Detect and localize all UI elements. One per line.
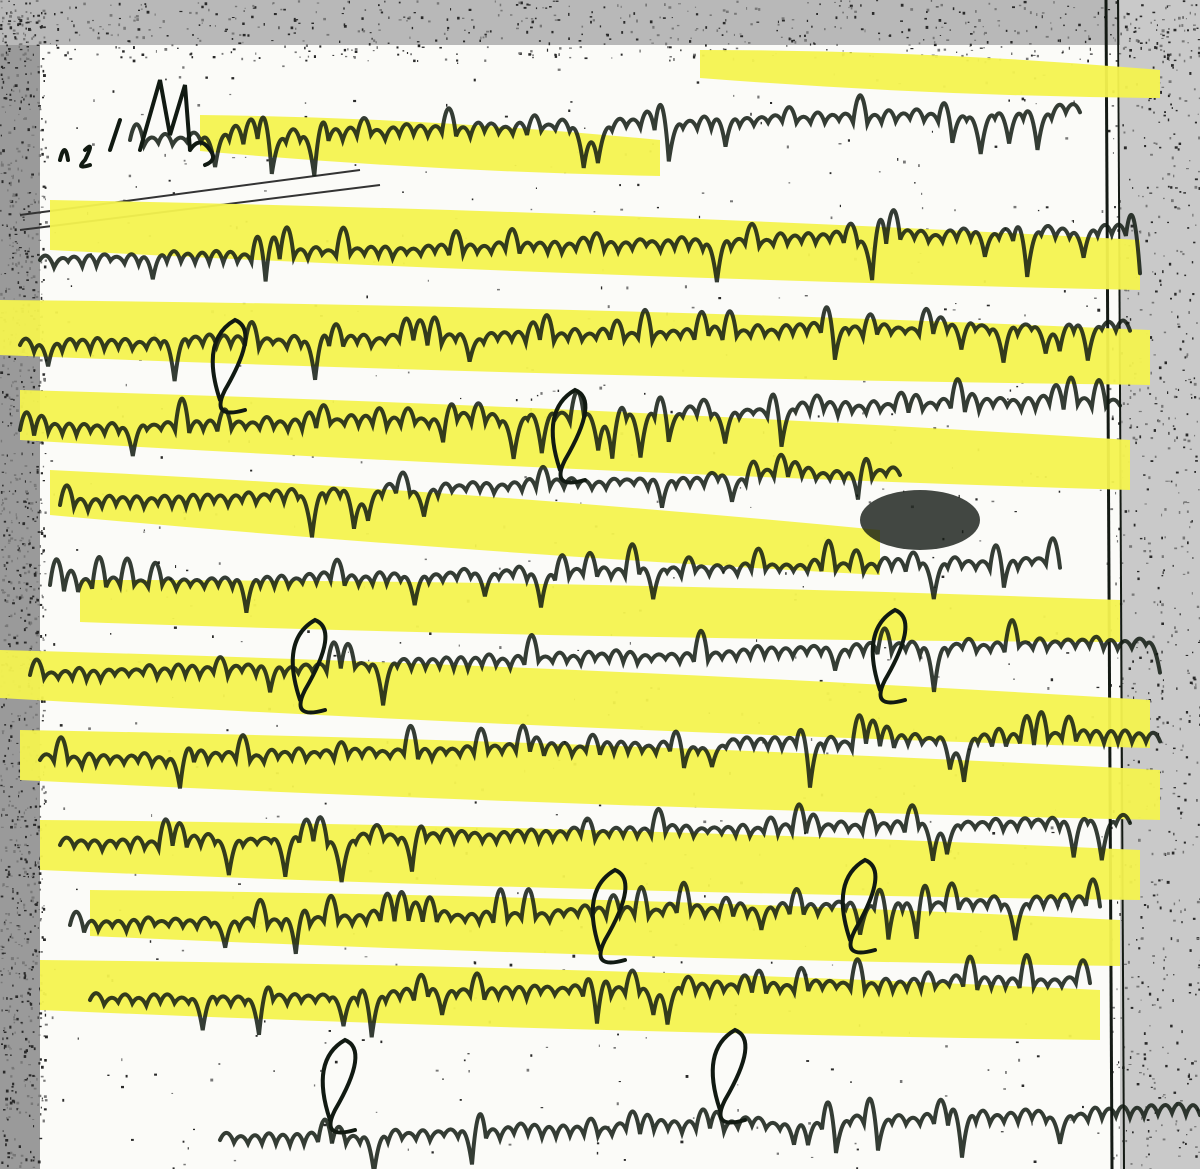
handwritten-script [0, 0, 1200, 1169]
scanned-document-page: le 5e May [0, 0, 1200, 1169]
margin-date-note: le 5e May [60, 140, 65, 141]
